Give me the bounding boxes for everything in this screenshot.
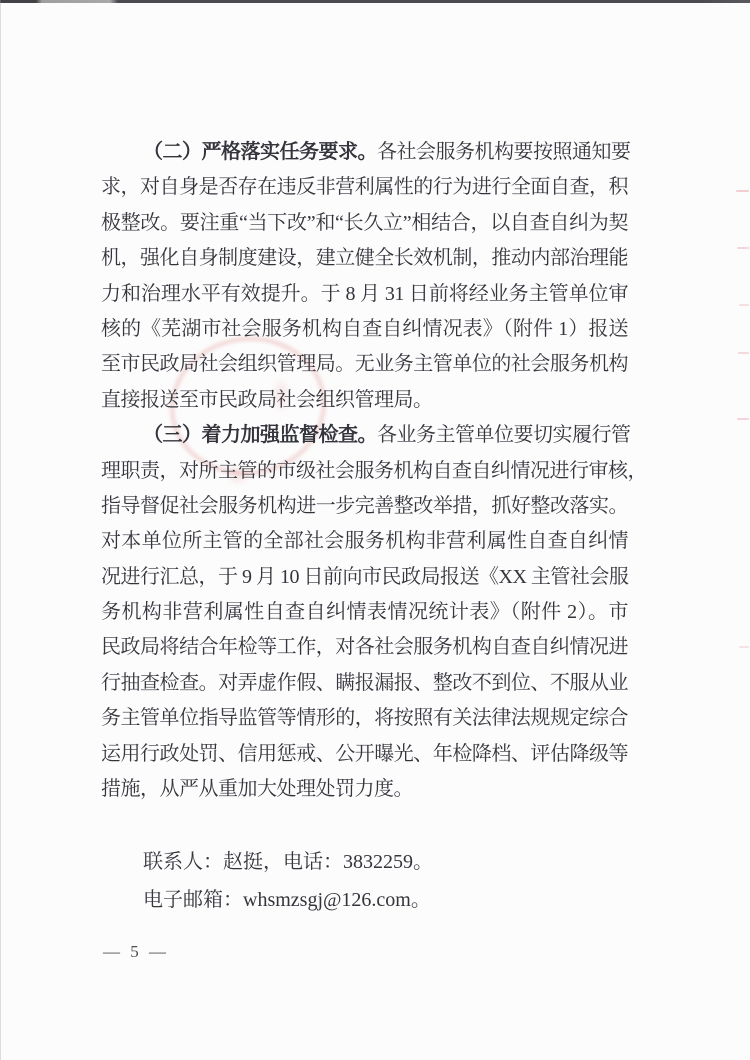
body-line: （二）严格落实任务要求。各社会服务机构要按照通知要 [101, 135, 628, 170]
scan-top-edge [0, 0, 750, 3]
scan-edge-mark [739, 304, 749, 306]
line-text: 指导督促社会服务机构进一步完善整改举措，抓好整改落实。 [101, 495, 628, 517]
body-line: 况进行汇总，于 9 月 10 日前向市民政局报送《XX 主管社会服 [101, 560, 628, 595]
body-line: 至市民政局社会组织管理局。无业务主管单位的社会服务机构 [101, 347, 628, 382]
line-text: 理职责，对所主管的市级社会服务机构自查自纠情况进行审核， [101, 460, 647, 482]
line-text: 力和治理水平有效提升。于 8 月 31 日前将经业务主管单位审 [101, 283, 628, 305]
scan-edge-mark [737, 418, 749, 420]
line-text: 直接报送至市民政局社会组织管理局。 [101, 389, 433, 411]
body-line: 核的《芜湖市社会服务机构自查自纠情况表》（附件 1）报送 [101, 312, 628, 347]
scan-edge-mark [738, 352, 749, 354]
page-number: — 5 — [103, 942, 169, 962]
body-line: 行抽查检查。对弄虚作假、瞒报漏报、整改不到位、不服从业 [101, 666, 628, 701]
body-text: （二）严格落实任务要求。各社会服务机构要按照通知要求，对自身是否存在违反非营利属… [101, 135, 628, 807]
body-line: 民政局将结合年检等工作，对各社会服务机构自查自纠情况进 [101, 630, 628, 665]
paragraph-heading: （三）着力加强监督检查。 [143, 424, 377, 446]
body-line: 力和治理水平有效提升。于 8 月 31 日前将经业务主管单位审 [101, 277, 628, 312]
line-text: 各业务主管单位要切实履行管 [377, 424, 631, 446]
line-text: 求，对自身是否存在违反非营利属性的行为进行全面自查，积 [101, 176, 628, 198]
line-text: 对本单位所主管的全部社会服务机构非营利属性自查自纠情 [101, 530, 628, 552]
body-line: 指导督促社会服务机构进一步完善整改举措，抓好整改落实。 [101, 489, 628, 524]
body-line: 求，对自身是否存在违反非营利属性的行为进行全面自查，积 [101, 170, 628, 205]
line-text: 至市民政局社会组织管理局。无业务主管单位的社会服务机构 [101, 353, 628, 375]
body-line: 措施，从严从重加大处理处罚力度。 [101, 772, 628, 807]
line-text: 核的《芜湖市社会服务机构自查自纠情况表》（附件 1）报送 [101, 318, 628, 340]
line-text: 民政局将结合年检等工作，对各社会服务机构自查自纠情况进 [101, 636, 628, 658]
body-line: 理职责，对所主管的市级社会服务机构自查自纠情况进行审核， [101, 454, 628, 489]
line-text: 机，强化自身制度建设，建立健全长效机制，推动内部治理能 [101, 247, 628, 269]
line-text: 行抽查检查。对弄虚作假、瞒报漏报、整改不到位、不服从业 [101, 672, 628, 694]
body-line: 机，强化自身制度建设，建立健全长效机制，推动内部治理能 [101, 241, 628, 276]
line-text: 极整改。要注重“当下改”和“长久立”相结合，以自查自纠为契 [101, 212, 628, 234]
body-line: （三）着力加强监督检查。各业务主管单位要切实履行管 [101, 418, 628, 453]
body-line: 运用行政处罚、信用惩戒、公开曝光、年检降档、评估降级等 [101, 737, 628, 772]
body-line: 务主管单位指导监管等情形的，将按照有关法律法规规定综合 [101, 701, 628, 736]
scan-edge-mark [737, 247, 749, 249]
line-text: 况进行汇总，于 9 月 10 日前向市民政局报送《XX 主管社会服 [101, 566, 628, 588]
line-text: 务主管单位指导监管等情形的，将按照有关法律法规规定综合 [101, 707, 628, 729]
line-text: 务机构非营利属性自查自纠情表情况统计表》（附件 2）。市 [101, 601, 628, 623]
line-text: 各社会服务机构要按照通知要 [377, 141, 631, 163]
paragraph-heading: （二）严格落实任务要求。 [143, 141, 377, 163]
body-line: 极整改。要注重“当下改”和“长久立”相结合，以自查自纠为契 [101, 206, 628, 241]
body-line: 对本单位所主管的全部社会服务机构非营利属性自查自纠情 [101, 524, 628, 559]
body-line: 直接报送至市民政局社会组织管理局。 [101, 383, 628, 418]
body-line: 务机构非营利属性自查自纠情表情况统计表》（附件 2）。市 [101, 595, 628, 630]
contact-email-line: 电子邮箱：whsmzsgj@126.com。 [143, 881, 433, 919]
scan-edge-mark [736, 190, 749, 192]
line-text: 措施，从严从重加大处理处罚力度。 [101, 778, 413, 800]
contact-block: 联系人：赵挺，电话：3832259。 电子邮箱：whsmzsgj@126.com… [143, 843, 433, 919]
scan-left-edge [0, 0, 1, 1060]
line-text: 运用行政处罚、信用惩戒、公开曝光、年检降档、评估降级等 [101, 743, 628, 765]
scan-edge-mark [739, 646, 749, 648]
contact-person-line: 联系人：赵挺，电话：3832259。 [143, 843, 433, 881]
